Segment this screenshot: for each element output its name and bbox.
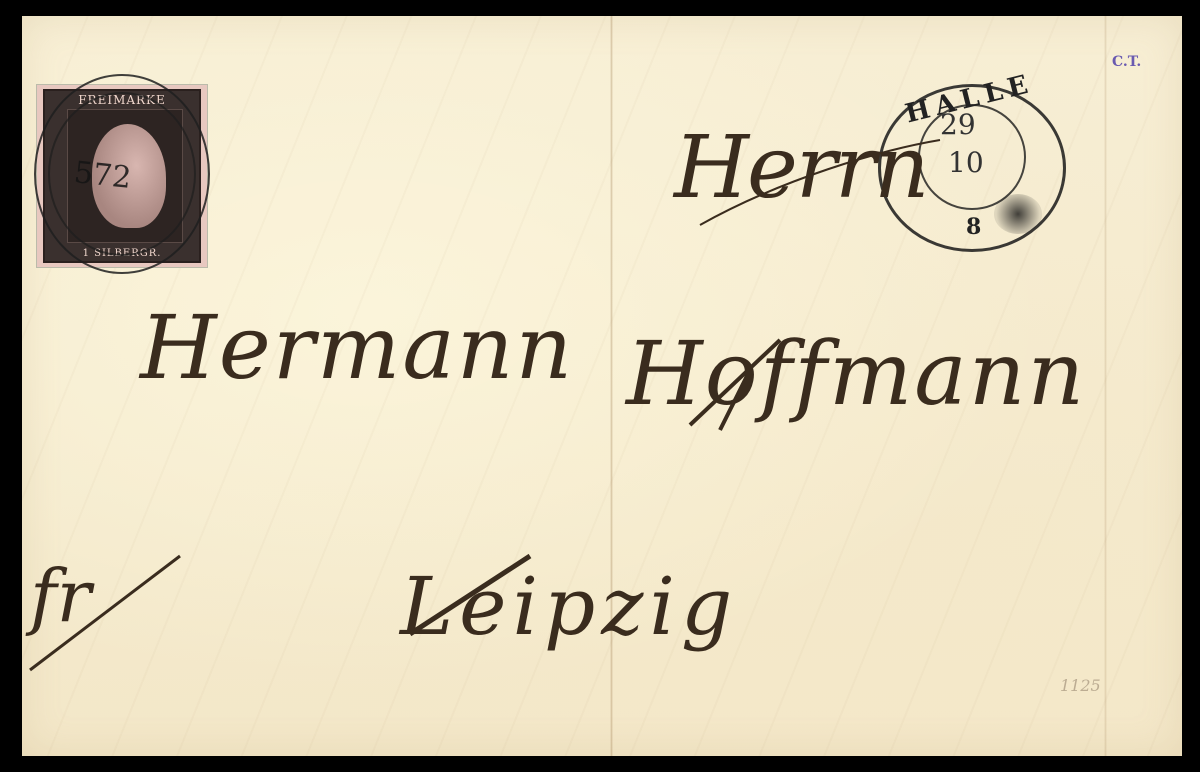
first-name-script: Hermann bbox=[140, 296, 574, 399]
pencil-note: 1125 bbox=[1060, 676, 1101, 695]
last-name-script: Hoffmann bbox=[626, 322, 1086, 425]
postmark-month: 10 bbox=[948, 146, 984, 179]
corner-mark: C.T. bbox=[1112, 54, 1141, 70]
postmark-hour: 8 bbox=[966, 214, 981, 240]
prefix-script: fr bbox=[30, 554, 91, 638]
ink-blot bbox=[994, 194, 1042, 234]
fold-line bbox=[1104, 16, 1107, 756]
cancel-number: 572 bbox=[72, 155, 133, 196]
postmark-day: 29 bbox=[940, 108, 976, 141]
city-script: Leipzig bbox=[400, 560, 738, 653]
salutation-script: Herrn bbox=[674, 118, 928, 218]
